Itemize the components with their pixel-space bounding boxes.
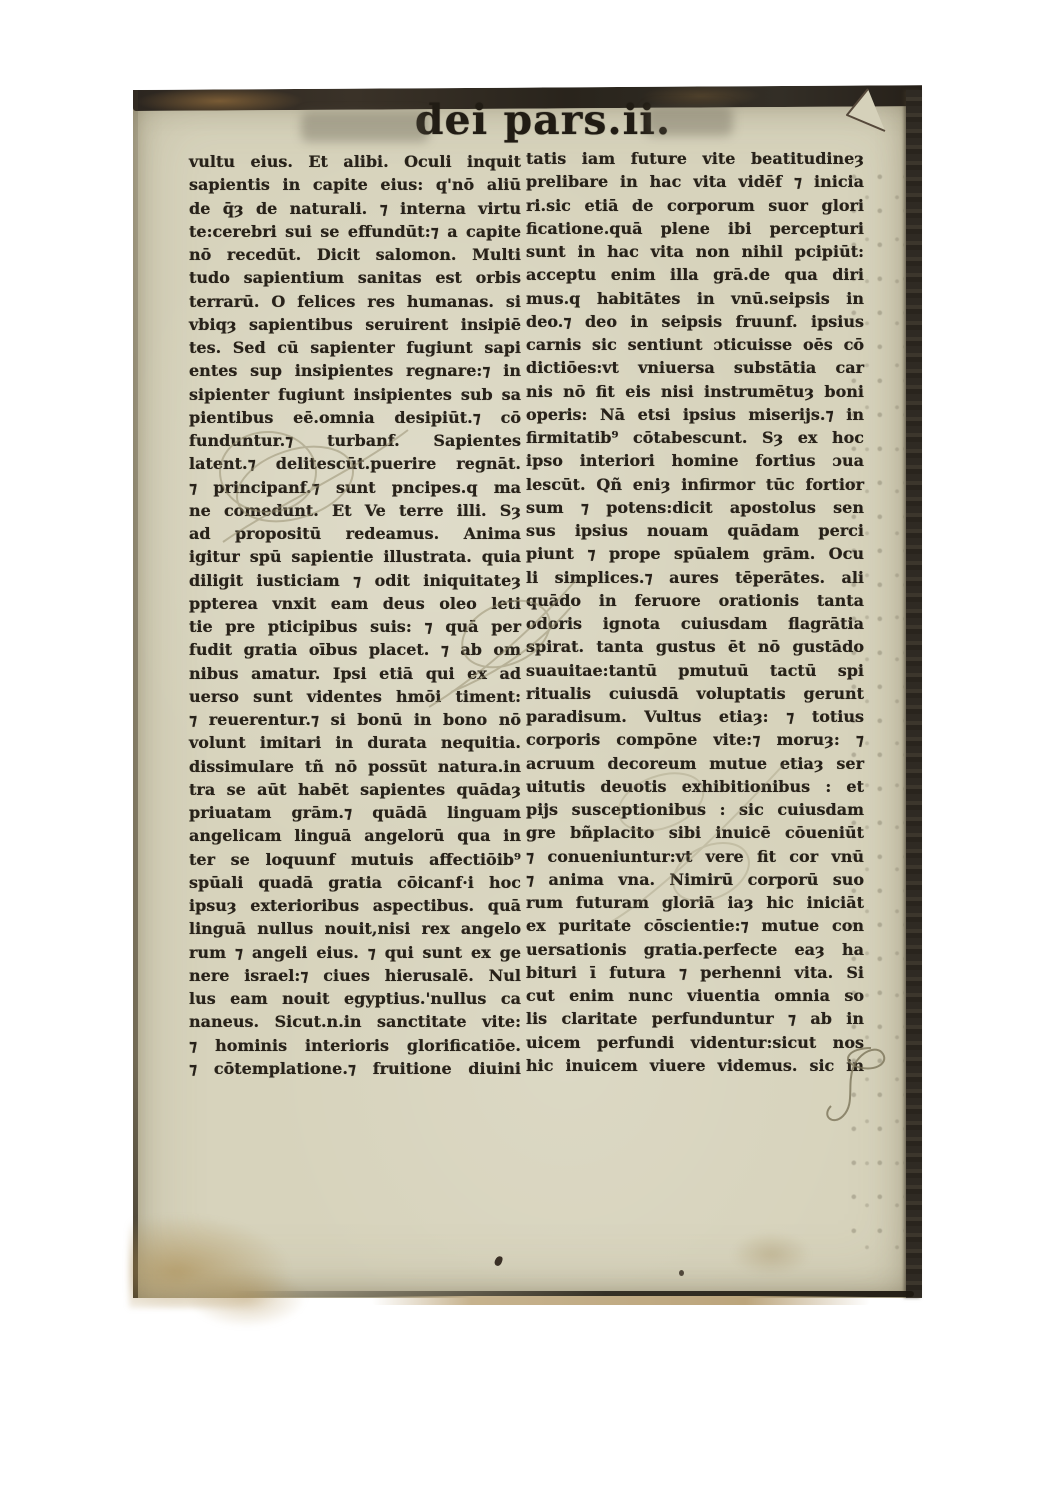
text-line: tes. Sed cū sapienter fugiunt sapi (189, 336, 521, 359)
text-line: bituri ī futura ⁊ perhenni vita. Si (526, 961, 864, 984)
text-line: sunt in hac vita non nihil pcipiūt: (526, 240, 864, 263)
text-line: vultu eius. Et alibi. Oculi inquit (189, 150, 521, 173)
text-line: ⁊ cōtemplatione.⁊ fruitione diuini (189, 1057, 521, 1080)
text-line: piunt ⁊ prope spūalem grām. Ocu (526, 542, 864, 565)
text-line: prelibare in hac vita vidēf ⁊ inicia (526, 170, 864, 193)
text-line: mus.q habitātes in vnū.seipsis in (526, 287, 864, 310)
text-line: sus ipsius nouam quādam perci (526, 519, 864, 542)
text-line: angelicam linguā angelorū qua in (189, 824, 521, 847)
text-line: entes sup insipientes regnare:⁊ in (189, 359, 521, 382)
text-line: ficatione.quā plene ibi percepturi (526, 217, 864, 240)
showthrough-smudge-left (301, 112, 429, 142)
text-line: sapientis in capite eius: q'nō aliū (189, 173, 521, 196)
text-line: lis claritate perfunduntur ⁊ ab in (526, 1007, 864, 1030)
page-right-edge (906, 90, 922, 1298)
text-line: dissimulare tñ nō possūt natura.in (189, 755, 521, 778)
text-line: nis nō fit eis nisi instrumētuȝ boni (526, 380, 864, 403)
text-line: uicem perfundi videntur:sicut nos (526, 1031, 864, 1054)
text-line: carnis sic sentiunt ɔticuisse oēs cō (526, 333, 864, 356)
book-page: dei pars.ii. vultu eius. Et alibi. Oculi… (133, 90, 922, 1298)
text-line: naneus. Sicut.n.in sanctitate vite: (189, 1010, 521, 1033)
text-line: spūali quadā gratia cōicanf·i hoc (189, 871, 521, 894)
text-line: lescūt. Qñ eniȝ infirmor tūc fortior (526, 473, 864, 496)
text-line: tudo sapientium sanitas est orbis (189, 266, 521, 289)
text-line: dictiōes:vt vniuersa substātia car (526, 356, 864, 379)
ink-mark (494, 1255, 504, 1267)
text-line: ipso interiori homine fortius ɔua (526, 449, 864, 472)
text-line: de q̄ȝ de naturali. ⁊ interna virtu (189, 197, 521, 220)
text-line: operis: Nā etsi ipsius miserijs.⁊ in (526, 403, 864, 426)
text-line: volunt imitari in durata nequitia. (189, 731, 521, 754)
text-line: hic inuicem viuere videmus. sic in (526, 1054, 864, 1077)
text-line: nō recedūt. Dicit salomon. Multi (189, 243, 521, 266)
text-line: cut enim nunc viuentia omnia so (526, 984, 864, 1007)
text-line: ri.sic etiā de corporum suor glori (526, 194, 864, 217)
text-line: corporis compōne vite:⁊ moruȝ: ⁊ (526, 728, 864, 751)
text-line: deo.⁊ deo in seipsis fruunf. ipsius (526, 310, 864, 333)
scanner-bed: dei pars.ii. vultu eius. Et alibi. Oculi… (0, 0, 1060, 1500)
pen-flourish-showthrough (601, 752, 791, 932)
text-line: uersationis gratia.perfecte eaȝ ha (526, 938, 864, 961)
running-title: dei pars.ii. (401, 96, 685, 144)
text-line: te:cerebri sui se effundūt:⁊ a capite (189, 220, 521, 243)
text-line: tra se aūt habēt sapientes quādaȝ (189, 778, 521, 801)
pen-flourish-showthrough (421, 572, 581, 712)
pen-flourish-showthrough (203, 412, 413, 552)
text-line: tatis iam future vite beatitudineȝ (526, 147, 864, 170)
text-line: lus eam nouit egyptius.'nullus ca (189, 987, 521, 1010)
text-line: ⁊ hominis interioris glorificatiōe. (189, 1034, 521, 1057)
under-page-edge (372, 1296, 870, 1305)
showthrough-smudge-right (645, 106, 733, 136)
text-line: sum ⁊ potens:dicit apostolus sen (526, 496, 864, 519)
text-line: acceptu enim illa grā.de qua diri (526, 263, 864, 286)
text-line: sipienter fugiunt insipientes sub sa (189, 383, 521, 406)
stain (731, 1232, 811, 1276)
text-line: ipsuȝ exterioribus aspectibus. quā (189, 894, 521, 917)
stain (187, 1268, 307, 1328)
text-line: firmitatib⁹ cōtabescunt. Sȝ ex hoc (526, 426, 864, 449)
text-line: rum ⁊ angeli eius. ⁊ qui sunt ex ge (189, 941, 521, 964)
pen-flourish-showthrough (819, 1046, 899, 1122)
text-line: ter se loquunf mutuis affectiōib⁹ (189, 848, 521, 871)
text-line: linguā nullus nouit,nisi rex angelo (189, 917, 521, 940)
folded-corner (838, 84, 902, 138)
page-left-edge (133, 90, 138, 1298)
text-line: terrarū. O felices res humanas. si (189, 290, 521, 313)
text-line: vbiqȝ sapientibus seruirent insipiē (189, 313, 521, 336)
text-line: priuatam grām.⁊ quādā linguam (189, 801, 521, 824)
ink-mark (679, 1270, 684, 1276)
text-line: nere israel:⁊ ciues hierusalē. Nul (189, 964, 521, 987)
